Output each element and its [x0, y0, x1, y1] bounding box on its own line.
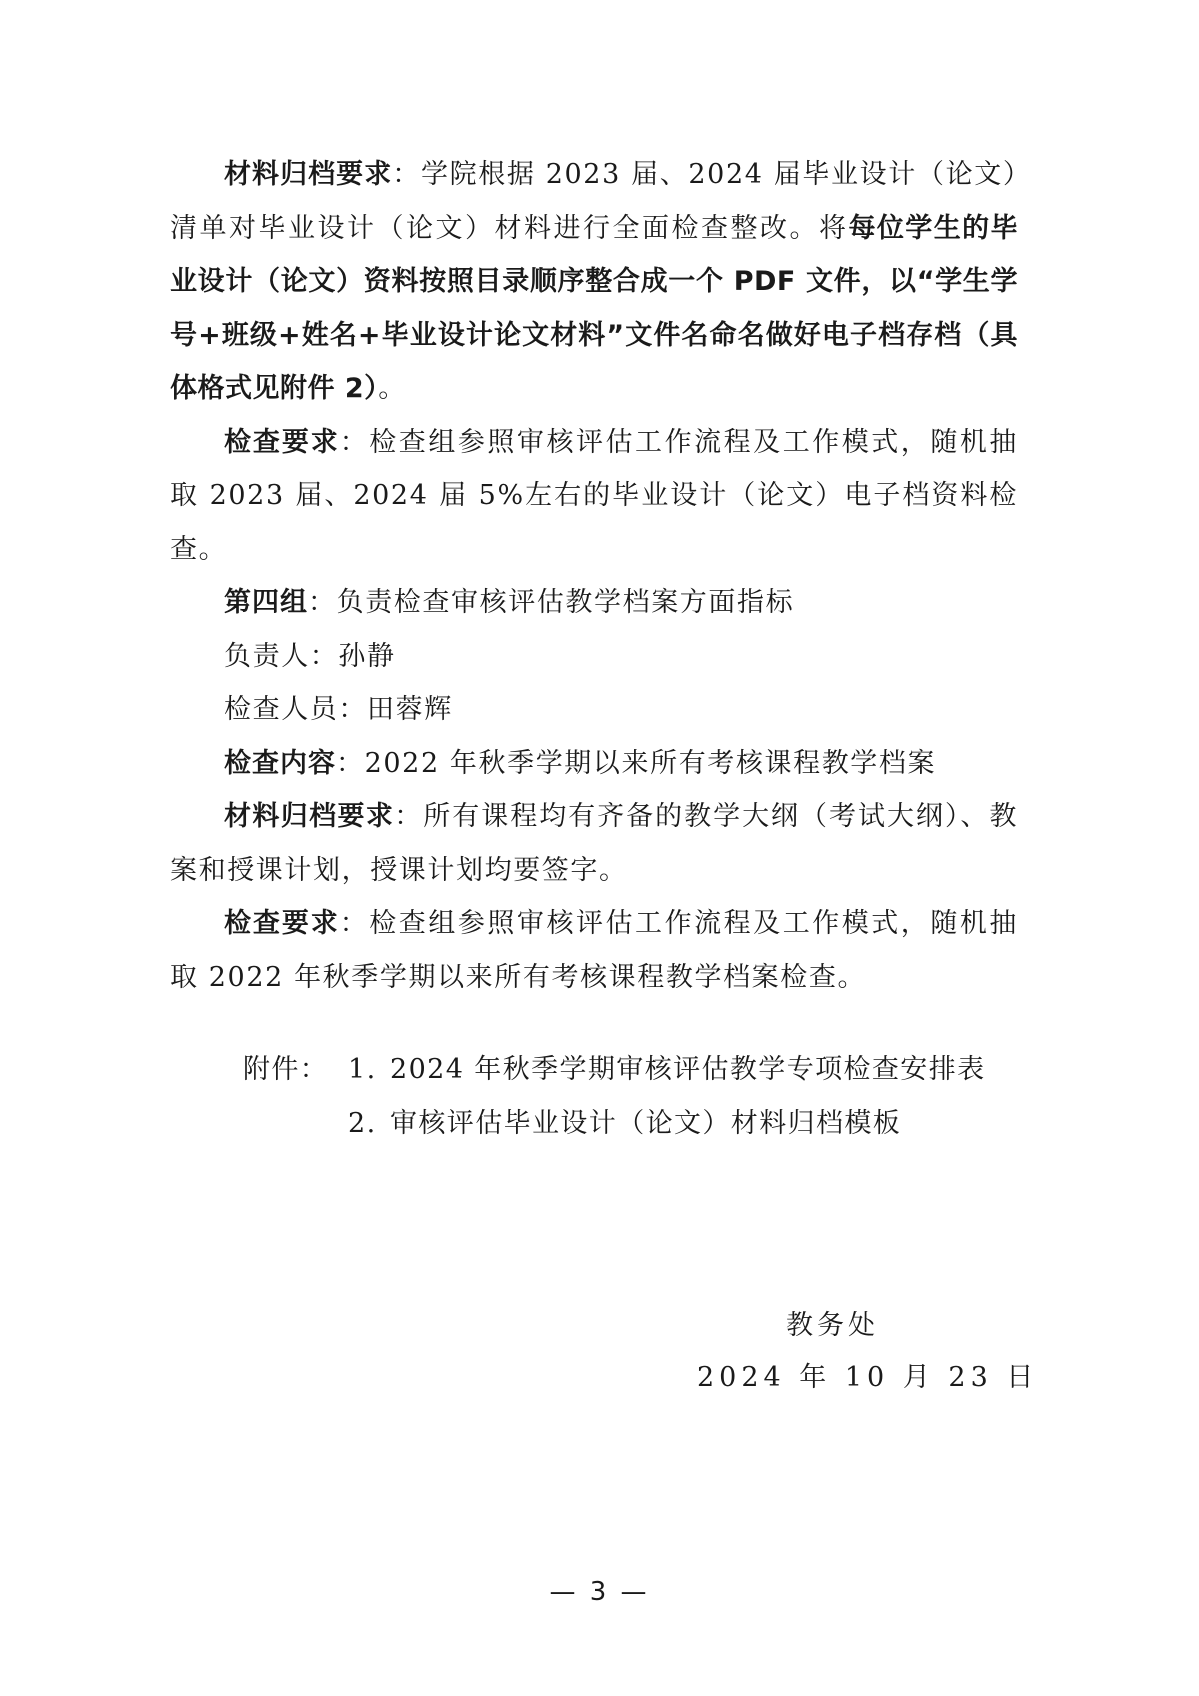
attachment-number: 1. [348, 1043, 390, 1097]
paragraph-label: 检查要求 [224, 908, 340, 939]
attachments-label: 附件： [243, 1043, 348, 1097]
attachment-number: 2. [348, 1097, 390, 1151]
issue-date: 2024 年 10 月 23 日 [697, 1352, 1038, 1404]
document-page: 材料归档要求：学院根据 2023 届、2024 届毕业设计（论文）清单对毕业设计… [0, 0, 1199, 1696]
paragraph-inspection-content: 检查内容：2022 年秋季学期以来所有考核课程教学档案 [170, 737, 1018, 791]
paragraph-text: 负责检查审核评估教学档案方面指标 [337, 587, 795, 618]
attachment-title: 2024 年秋季学期审核评估教学专项检查安排表 [390, 1043, 986, 1097]
paragraph-label: 第四组 [224, 587, 308, 618]
attachments-list: 附件： 1. 2024 年秋季学期审核评估教学专项检查安排表 2. 审核评估毕业… [243, 1043, 1043, 1150]
paragraph-separator: ： [340, 908, 370, 939]
paragraph-separator: ： [394, 801, 423, 832]
paragraph-separator: ： [308, 587, 337, 618]
paragraph-separator: ： [392, 159, 421, 190]
paragraph-inspection-requirements-2: 检查要求：检查组参照审核评估工作流程及工作模式，随机抽取 2022 年秋季学期以… [170, 897, 1018, 1004]
paragraph-text: 2022 年秋季学期以来所有考核课程教学档案 [365, 748, 937, 779]
attachment-item-2: 2. 审核评估毕业设计（论文）材料归档模板 [243, 1097, 1043, 1151]
page-number: — 3 — [0, 1574, 1199, 1610]
paragraph-inspection-requirements-1: 检查要求：检查组参照审核评估工作流程及工作模式，随机抽取 2023 届、2024… [170, 416, 1018, 577]
paragraph-inspectors: 检查人员：田蓉辉 [170, 683, 1018, 737]
attachment-title: 审核评估毕业设计（论文）材料归档模板 [390, 1097, 901, 1151]
issuer-signature: 教务处 [786, 1300, 879, 1352]
paragraph-text: 孙静 [338, 641, 395, 672]
document-body: 材料归档要求：学院根据 2023 届、2024 届毕业设计（论文）清单对毕业设计… [170, 148, 1018, 1004]
paragraph-archive-requirements-2: 材料归档要求：所有课程均有齐备的教学大纲（考试大纲）、教案和授课计划，授课计划均… [170, 790, 1018, 897]
paragraph-label: 检查人员： [224, 694, 367, 725]
paragraph-archive-requirements-1: 材料归档要求：学院根据 2023 届、2024 届毕业设计（论文）清单对毕业设计… [170, 148, 1018, 416]
paragraph-person-in-charge: 负责人：孙静 [170, 630, 1018, 684]
paragraph-label: 检查内容 [224, 748, 336, 779]
paragraph-label: 材料归档要求 [224, 801, 394, 832]
paragraph-separator: ： [336, 748, 365, 779]
paragraph-label: 检查要求 [224, 427, 340, 458]
attachment-indent [243, 1097, 348, 1151]
paragraph-label: 材料归档要求 [224, 159, 392, 190]
paragraph-text: 田蓉辉 [367, 694, 453, 725]
paragraph-separator: ： [340, 427, 370, 458]
paragraph-group-four: 第四组：负责检查审核评估教学档案方面指标 [170, 576, 1018, 630]
paragraph-text-end: 。 [378, 373, 407, 404]
attachment-item-1: 附件： 1. 2024 年秋季学期审核评估教学专项检查安排表 [243, 1043, 1043, 1097]
paragraph-label: 负责人： [224, 641, 338, 672]
